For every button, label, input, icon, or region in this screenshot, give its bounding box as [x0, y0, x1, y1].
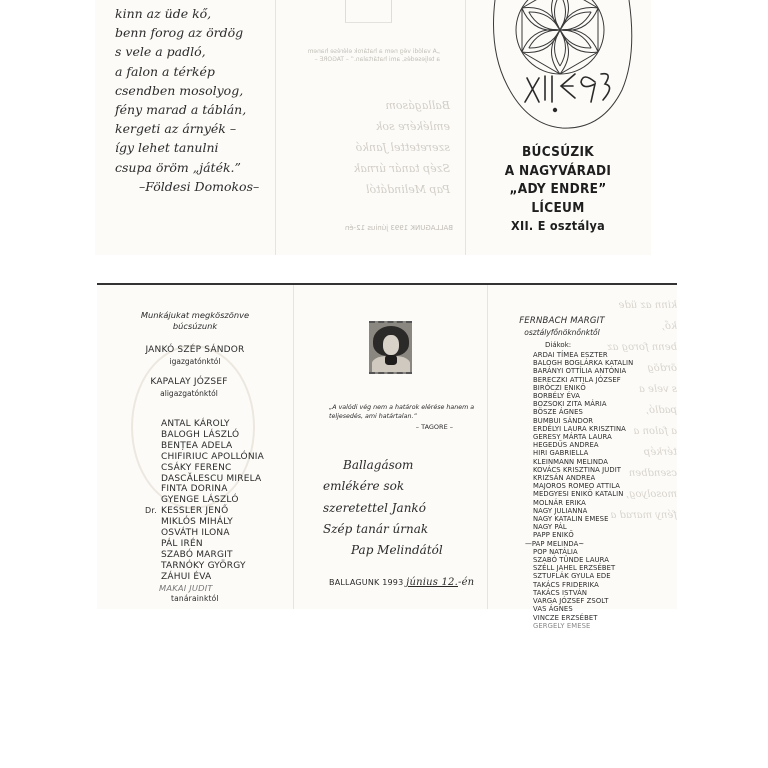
- head-teacher-role: osztályfőnöknőnktől: [487, 328, 637, 337]
- ghost-line: emlékére sok: [320, 116, 450, 137]
- teacher-name: ZÁHUI ÉVA: [161, 572, 264, 583]
- teacher-name: PÁL IRÉN: [161, 539, 264, 550]
- cover-title-line: A NAGYVÁRADI: [465, 162, 651, 181]
- teacher-name: TARNÓKY GYÖRGY: [161, 561, 264, 572]
- student-portrait: [369, 321, 412, 374]
- student-name: HIRI GABRIELLA: [533, 449, 633, 457]
- poem-signature: –Földesi Domokos–: [139, 177, 285, 196]
- teacher-name: BALOGH LÁSZLÓ: [161, 430, 264, 441]
- director-block: JANKÓ SZÉP SÁNDOR igazgatónktól: [97, 345, 293, 366]
- deputy-role: aligazgatónktól: [85, 389, 293, 398]
- footer-hand-date: június 12.: [406, 577, 458, 588]
- student-name: POP NATÁLIA: [533, 548, 633, 556]
- dedication-line: Szép tanár úrnak: [323, 519, 473, 540]
- poem-line: csendben mosolyog,: [115, 81, 285, 100]
- student-name: NAGY JULIANNA: [533, 507, 633, 515]
- ghost-footer: BALLAGUNK 1993 június 12-én: [283, 224, 453, 232]
- student-name: BARÁNYI OTTÍLIA ANTÓNIA: [533, 367, 633, 375]
- ghost-line: Szép tanár úrnak: [320, 158, 450, 179]
- poem-line: benn forog az ördög: [115, 23, 285, 42]
- director-role: igazgatónktól: [97, 357, 293, 366]
- student-name: BUMBUI SÁNDOR: [533, 417, 633, 425]
- footer-hand-suffix: -én: [458, 577, 474, 588]
- poem-line: s vele a padló,: [115, 42, 285, 61]
- dedication-line: emlékére sok: [323, 476, 473, 497]
- students-list: ARDAI TÍMEA ESZTERBALOGH BOGLÁRKA KATALI…: [533, 351, 633, 630]
- teacher-name: SZABÓ MARGIT: [161, 550, 264, 561]
- cover-panel: BÚCSÚZIK A NAGYVÁRADI „ADY ENDRE” LÍCEUM…: [465, 0, 651, 255]
- added-teacher-name: MAKAI JUDIT: [159, 583, 264, 594]
- student-name: TAKÁCS ISTVÁN: [533, 589, 633, 597]
- dedication-line: Pap Melindától: [351, 540, 473, 561]
- dedication-line: szeretettel Jankó: [323, 498, 473, 519]
- poem-line: kinn az üde kő,: [115, 4, 285, 23]
- teacher-name: MIKLÓS MIHÁLY: [161, 517, 264, 528]
- teacher-name: CSÁKY FERENC: [161, 463, 264, 474]
- teacher-name: CHIFIRIUC APOLLÓNIA: [161, 452, 264, 463]
- student-name: BORBÉLY ÉVA: [533, 392, 633, 400]
- handwritten-dedication: Ballagásom emlékére sok szeretettel Jank…: [323, 455, 473, 561]
- student-name: TAKÁCS FRIDERIKA: [533, 581, 633, 589]
- cover-subtitle: XII. E osztálya: [465, 217, 651, 236]
- head-teacher-name: FERNBACH MARGIT: [487, 316, 637, 326]
- student-name: MEDGYESI ENIKŐ KATALIN: [533, 490, 633, 498]
- bleed-through-panel: „A valódi vég nem a határok elérése hane…: [275, 0, 465, 255]
- head-teacher-block: FERNBACH MARGIT osztályfőnöknőnktől: [487, 316, 637, 337]
- student-name: ARDAI TÍMEA ESZTER: [533, 351, 633, 359]
- ghost-quote: „A valódi vég nem a határok elérése hane…: [305, 48, 440, 64]
- intro-line: Munkájukat megköszönve: [97, 310, 293, 321]
- students-label: Diákok:: [545, 341, 571, 349]
- student-name: MOLNÁR ERIKA: [533, 499, 633, 507]
- teacher-name: FINTA DORINA: [161, 484, 264, 495]
- student-name: HEGEDŰS ANDREA: [533, 441, 633, 449]
- dedication-line: Ballagásom: [343, 455, 473, 476]
- teacher-name: DASCĂLESCU MIRELA: [161, 474, 264, 485]
- director-name: JANKÓ SZÉP SÁNDOR: [97, 345, 293, 355]
- cover-title-line: LÍCEUM: [465, 199, 651, 218]
- student-name: VINCZE ERZSÉBET: [533, 614, 633, 622]
- rosette-emblem-icon: [487, 0, 637, 130]
- student-name-marked: —PAP MELINDA~: [525, 540, 633, 548]
- students-panel: kinn az üde kő, benn forog az ördög s ve…: [487, 285, 677, 609]
- cover-title-line: „ADY ENDRE”: [465, 180, 651, 199]
- student-name: BIRÓCZI ENIKŐ: [533, 384, 633, 392]
- ghost-line: Pap Melindától: [320, 179, 450, 200]
- ghost-line: szeretettel Jankó: [320, 137, 450, 158]
- teacher-name: Dr.KESSLER JENŐ: [161, 506, 264, 517]
- student-name: GERESY MÁRTA LAURA: [533, 433, 633, 441]
- teacher-name: BENȚEA ADELA: [161, 441, 264, 452]
- teachers-role: tanárainktól: [171, 594, 264, 605]
- student-name: BERECZKI ATTILA JÓZSEF: [533, 376, 633, 384]
- quote-author: – TAGORE –: [416, 423, 453, 431]
- student-name: ERDÉLYI LAURA KRISZTINA: [533, 425, 633, 433]
- teacher-name: OSVÁTH ILONA: [161, 528, 264, 539]
- cover-title-line: BÚCSÚZIK: [465, 143, 651, 162]
- teachers-panel: Munkájukat megköszönve búcsúzunk JANKÓ S…: [97, 285, 293, 609]
- graduation-date: BALLAGUNK 1993 június 12.-én: [329, 577, 474, 588]
- handwritten-poem: kinn az üde kő, benn forog az ördög s ve…: [115, 4, 285, 196]
- student-name: VAS ÁGNES: [533, 605, 633, 613]
- deputy-name: KAPALAY JÓZSEF: [85, 377, 293, 387]
- added-student-name: GERGELY EMESE: [533, 622, 633, 630]
- student-name: KOVÁCS KRISZTINA JUDIT: [533, 466, 633, 474]
- poem-panel: kinn az üde kő, benn forog az ördög s ve…: [95, 0, 275, 255]
- ghost-line: Ballagásom: [320, 95, 450, 116]
- student-name: SZTUFLÁK GYULA EDE: [533, 572, 633, 580]
- student-name: KRIZSÁN ANDREA: [533, 474, 633, 482]
- student-name: PAPP ENIKŐ: [533, 531, 633, 539]
- student-name: BÖSZE ÁGNES: [533, 408, 633, 416]
- bottom-spread: Munkájukat megköszönve búcsúzunk JANKÓ S…: [97, 283, 677, 609]
- intro-line: búcsúzunk: [97, 321, 293, 332]
- teachers-list: ANTAL KÁROLYBALOGH LÁSZLÓBENȚEA ADELACHI…: [161, 419, 264, 604]
- footer-printed: BALLAGUNK 1993: [329, 578, 403, 587]
- cover-title: BÚCSÚZIK A NAGYVÁRADI „ADY ENDRE” LÍCEUM…: [465, 143, 651, 236]
- ghost-handwriting: Ballagásom emlékére sok szeretettel Jank…: [320, 95, 450, 200]
- photo-panel: „A valódi vég nem a határok elérése hane…: [293, 285, 487, 609]
- tagore-quote: „A valódi vég nem a határok elérése hane…: [329, 404, 479, 421]
- poem-line: fény marad a táblán,: [115, 100, 285, 119]
- intro-text: Munkájukat megköszönve búcsúzunk: [97, 310, 293, 332]
- top-spread: kinn az üde kő, benn forog az ördög s ve…: [95, 0, 651, 255]
- poem-line: a falon a térkép: [115, 62, 285, 81]
- dr-prefix: Dr.: [145, 506, 157, 517]
- poem-line: így lehet tanulni: [115, 138, 285, 157]
- teacher-name: GYENGE LÁSZLÓ: [161, 495, 264, 506]
- deputy-block: KAPALAY JÓZSEF aligazgatónktól: [85, 377, 293, 398]
- photo-frame-ghost: [345, 0, 392, 23]
- poem-line: csupa öröm „játék.”: [115, 158, 285, 177]
- student-name: KLEINMANN MELINDA: [533, 458, 633, 466]
- poem-line: kergeti az árnyék –: [115, 119, 285, 138]
- teacher-name: ANTAL KÁROLY: [161, 419, 264, 430]
